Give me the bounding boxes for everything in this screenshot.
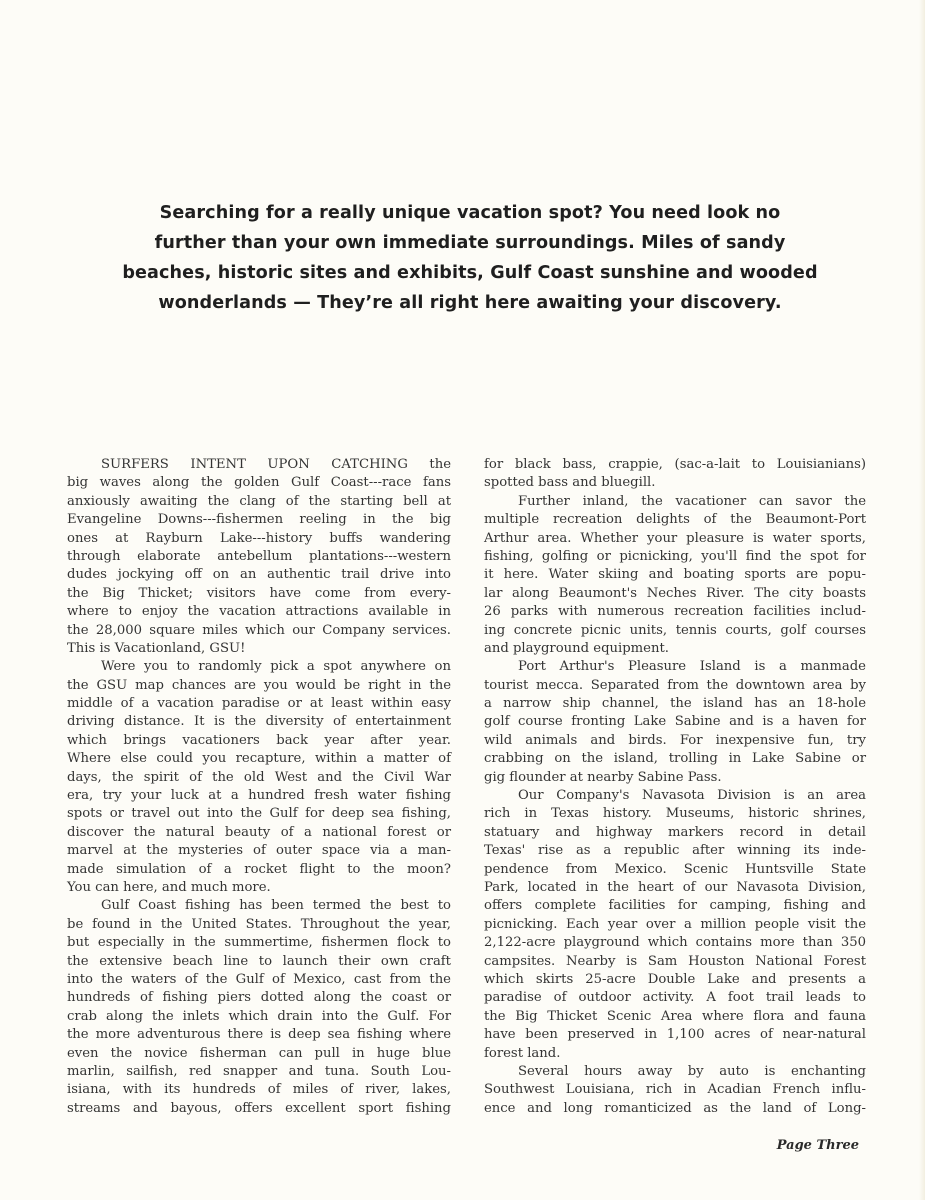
text-line: This is Vacationland, GSU! [67,640,451,658]
text-line: Southwest Louisiana, rich in Acadian Fre… [484,1081,866,1099]
text-line: marvel at the mysteries of outer space v… [67,842,451,860]
text-line: even the novice fisherman can pull in hu… [67,1045,451,1063]
text-line: Arthur area. Whether your pleasure is wa… [484,530,866,548]
text-line: the GSU map chances are you would be rig… [67,677,451,695]
text-line: Our Company's Navasota Division is an ar… [484,787,866,805]
text-line: gig flounder at nearby Sabine Pass. [484,769,866,787]
text-line: the Big Thicket Scenic Area where flora … [484,1008,866,1026]
text-line: where to enjoy the vacation attractions … [67,603,451,621]
text-line: the Big Thicket; visitors have come from… [67,585,451,603]
text-line: Several hours away by auto is enchanting [484,1063,866,1081]
text-line: lar along Beaumont's Neches River. The c… [484,585,866,603]
text-line: Evangeline Downs---fishermen reeling in … [67,511,451,529]
intro-line: wonderlands — They’re all right here awa… [120,288,820,318]
article-column-right: for black bass, crappie, (sac-a-lait to … [484,456,866,1118]
text-line: ing concrete picnic units, tennis courts… [484,622,866,640]
text-line: Were you to randomly pick a spot anywher… [67,658,451,676]
intro-line: Searching for a really unique vacation s… [120,198,820,228]
text-line: through elaborate antebellum plantations… [67,548,451,566]
text-line: dudes jockying off on an authentic trail… [67,566,451,584]
text-line: marlin, sailfish, red snapper and tuna. … [67,1063,451,1081]
text-line: have been preserved in 1,100 acres of ne… [484,1026,866,1044]
text-line: campsites. Nearby is Sam Houston Nationa… [484,953,866,971]
text-line: era, try your luck at a hundred fresh wa… [67,787,451,805]
text-line: Where else could you recapture, within a… [67,750,451,768]
text-line: into the waters of the Gulf of Mexico, c… [67,971,451,989]
text-line: offers complete facilities for camping, … [484,897,866,915]
text-line: isiana, with its hundreds of miles of ri… [67,1081,451,1099]
text-line: but especially in the summertime, fisher… [67,934,451,952]
text-line: anxiously awaiting the clang of the star… [67,493,451,511]
text-line: be found in the United States. Throughou… [67,916,451,934]
text-line: and playground equipment. [484,640,866,658]
text-line: ones at Rayburn Lake---history buffs wan… [67,530,451,548]
text-line: picnicking. Each year over a million peo… [484,916,866,934]
text-line: Gulf Coast fishing has been termed the b… [67,897,451,915]
text-line: driving distance. It is the diversity of… [67,713,451,731]
text-line: streams and bayous, offers excellent spo… [67,1100,451,1118]
text-line: the extensive beach line to launch their… [67,953,451,971]
text-line: 2,122-acre playground which contains mor… [484,934,866,952]
text-line: it here. Water skiing and boating sports… [484,566,866,584]
text-line: hundreds of fishing piers dotted along t… [67,989,451,1007]
text-line: which brings vacationers back year after… [67,732,451,750]
text-line: ence and long romanticized as the land o… [484,1100,866,1118]
text-line: Texas' rise as a republic after winning … [484,842,866,860]
text-line: multiple recreation delights of the Beau… [484,511,866,529]
text-line: tourist mecca. Separated from the downto… [484,677,866,695]
text-line: discover the natural beauty of a nationa… [67,824,451,842]
text-line: You can here, and much more. [67,879,451,897]
text-line: Port Arthur's Pleasure Island is a manma… [484,658,866,676]
intro-blurb: Searching for a really unique vacation s… [120,198,820,318]
text-line: big waves along the golden Gulf Coast---… [67,474,451,492]
intro-line: beaches, historic sites and exhibits, Gu… [120,258,820,288]
text-line: SURFERS INTENT UPON CATCHING the [67,456,451,474]
text-line: spots or travel out into the Gulf for de… [67,805,451,823]
text-line: spotted bass and bluegill. [484,474,866,492]
text-line: Further inland, the vacationer can savor… [484,493,866,511]
text-line: for black bass, crappie, (sac-a-lait to … [484,456,866,474]
text-line: pendence from Mexico. Scenic Huntsville … [484,861,866,879]
text-line: fishing, golfing or picnicking, you'll f… [484,548,866,566]
text-line: statuary and highway markers record in d… [484,824,866,842]
text-line: the more adventurous there is deep sea f… [67,1026,451,1044]
text-line: a narrow ship channel, the island has an… [484,695,866,713]
text-line: made simulation of a rocket flight to th… [67,861,451,879]
intro-line: further than your own immediate surround… [120,228,820,258]
page-edge-shadow [919,0,925,1200]
text-line: paradise of outdoor activity. A foot tra… [484,989,866,1007]
text-line: Park, located in the heart of our Navaso… [484,879,866,897]
text-line: the 28,000 square miles which our Compan… [67,622,451,640]
text-line: crab along the inlets which drain into t… [67,1008,451,1026]
text-line: golf course fronting Lake Sabine and is … [484,713,866,731]
page-number: Page Three [777,1138,859,1153]
text-line: rich in Texas history. Museums, historic… [484,805,866,823]
text-line: forest land. [484,1045,866,1063]
article-column-left: SURFERS INTENT UPON CATCHING the big wav… [67,456,451,1118]
text-line: days, the spirit of the old West and the… [67,769,451,787]
text-line: which skirts 25-acre Double Lake and pre… [484,971,866,989]
text-line: 26 parks with numerous recreation facili… [484,603,866,621]
text-line: wild animals and birds. For inexpensive … [484,732,866,750]
text-line: crabbing on the island, trolling in Lake… [484,750,866,768]
text-line: middle of a vacation paradise or at leas… [67,695,451,713]
